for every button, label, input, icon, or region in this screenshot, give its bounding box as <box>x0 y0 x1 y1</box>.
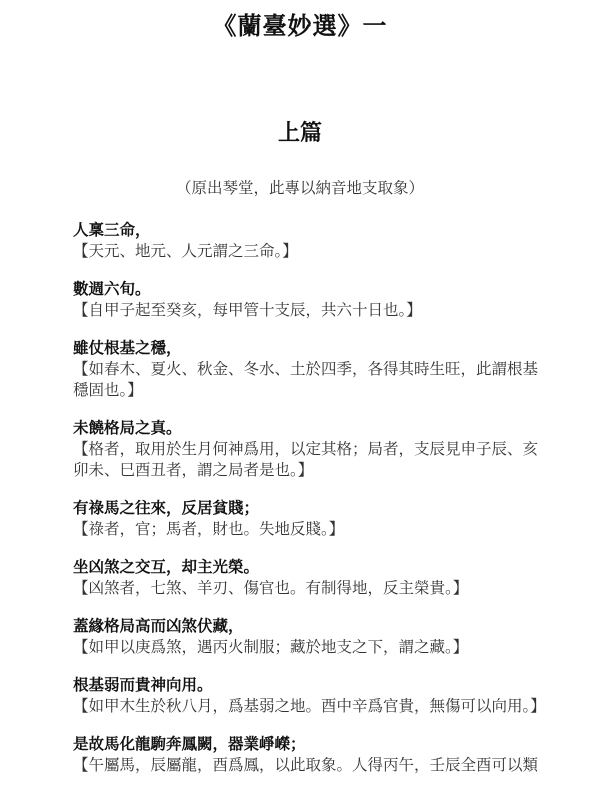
verse-text: 根基弱而貴神向用。 <box>73 675 543 696</box>
verse-note: 【如甲以庚爲煞，遇丙火制服；藏於地支之下，謂之藏。】 <box>73 637 543 658</box>
verse-item: 數週六旬。 【自甲子起至癸亥，每甲管十支辰，共六十日也。】 <box>73 279 543 321</box>
verse-text: 人稟三命， <box>73 220 543 241</box>
section-subtitle: （原出琴堂，此專以納音地支取象） <box>0 176 600 198</box>
verse-item: 是故馬化龍駒奔鳳闕，器業崢嶸； 【午屬馬，辰屬龍，酉爲鳳，以此取象。人得丙午，壬… <box>73 734 543 776</box>
verse-list: 人稟三命， 【天元、地元、人元謂之三命。】 數週六旬。 【自甲子起至癸亥，每甲管… <box>73 220 543 793</box>
verse-text: 是故馬化龍駒奔鳳闕，器業崢嶸； <box>73 734 543 755</box>
verse-item: 坐凶煞之交互，却主光榮。 【凶煞者，七煞、羊刃、傷官也。有制得地，反主榮貴。】 <box>73 557 543 599</box>
verse-item: 根基弱而貴神向用。 【如甲木生於秋八月，爲基弱之地。酉中辛爲官貴，無傷可以向用。… <box>73 675 543 717</box>
verse-text: 雖仗根基之穩， <box>73 338 543 359</box>
verse-item: 雖仗根基之穩， 【如春木、夏火、秋金、冬水、土於四季，各得其時生旺，此謂根基穩固… <box>73 338 543 401</box>
document-title: 《蘭臺妙選》一 <box>0 6 600 41</box>
verse-item: 蓋緣格局高而凶煞伏藏， 【如甲以庚爲煞，遇丙火制服；藏於地支之下，謂之藏。】 <box>73 616 543 658</box>
verse-text: 蓋緣格局高而凶煞伏藏， <box>73 616 543 637</box>
verse-text: 坐凶煞之交互，却主光榮。 <box>73 557 543 578</box>
verse-note: 【祿者，官；馬者，財也。失地反賤。】 <box>73 519 543 540</box>
verse-note: 【如春木、夏火、秋金、冬水、土於四季，各得其時生旺，此謂根基穩固也。】 <box>73 359 543 401</box>
verse-text: 數週六旬。 <box>73 279 543 300</box>
section-title: 上篇 <box>0 116 600 147</box>
verse-note: 【如甲木生於秋八月，爲基弱之地。酉中辛爲官貴，無傷可以向用。】 <box>73 696 543 717</box>
verse-note: 【凶煞者，七煞、羊刃、傷官也。有制得地，反主榮貴。】 <box>73 578 543 599</box>
verse-text: 未饒格局之真。 <box>73 418 543 439</box>
verse-item: 人稟三命， 【天元、地元、人元謂之三命。】 <box>73 220 543 262</box>
verse-note: 【午屬馬，辰屬龍，酉爲鳳，以此取象。人得丙午，壬辰全酉可以類 <box>73 755 543 776</box>
verse-note: 【天元、地元、人元謂之三命。】 <box>73 241 543 262</box>
verse-note: 【自甲子起至癸亥，每甲管十支辰，共六十日也。】 <box>73 300 543 321</box>
verse-item: 未饒格局之真。 【格者，取用於生月何神爲用，以定其格；局者，支辰見申子辰、亥卯未… <box>73 418 543 481</box>
verse-text: 有祿馬之往來，反居貧賤； <box>73 498 543 519</box>
verse-item: 有祿馬之往來，反居貧賤； 【祿者，官；馬者，財也。失地反賤。】 <box>73 498 543 540</box>
verse-note: 【格者，取用於生月何神爲用，以定其格；局者，支辰見申子辰、亥卯未、巳酉丑者，謂之… <box>73 439 543 481</box>
